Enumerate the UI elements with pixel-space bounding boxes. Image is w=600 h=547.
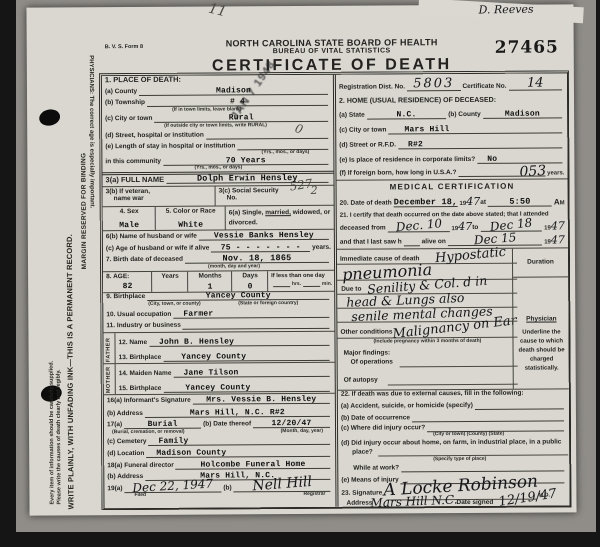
attended-from-value: Dec. 10 bbox=[395, 217, 442, 233]
home-state-value: N.C. bbox=[396, 111, 416, 119]
occupation-value: Farmer bbox=[183, 310, 213, 318]
of-autopsy-label: Of autopsy bbox=[344, 378, 378, 385]
county-label: (a) County bbox=[105, 89, 137, 96]
date-of-death-value: December 18, bbox=[394, 198, 458, 207]
sex-label: 4. Sex bbox=[120, 209, 139, 216]
overlapping-page-corner: D. Reeves bbox=[418, 0, 584, 23]
father-birthplace-value: Yancey County bbox=[181, 353, 246, 361]
signature-address-hw: Mars Hill N.C. bbox=[370, 494, 457, 510]
time-of-death: 5:50 bbox=[509, 198, 530, 207]
age-years-value: 82 bbox=[123, 283, 133, 291]
registration-dist-value: 5803 bbox=[413, 77, 454, 90]
filed-b: (b) bbox=[223, 486, 231, 493]
filed-num: 19(a) bbox=[107, 486, 122, 493]
age-hrs-label: hrs. bbox=[292, 282, 301, 287]
age-days-value: 0 bbox=[248, 283, 253, 291]
last-saw-alive-label: alive on bbox=[422, 239, 446, 246]
birthplace-value: Yancey County bbox=[206, 292, 271, 300]
certificate-form: 1. PLACE OF DEATH: (a) County Madison (b… bbox=[99, 70, 572, 510]
mother-block: MOTHER 14. Maiden Name Jane Tilson 15. B… bbox=[104, 362, 335, 394]
ampm-m: M bbox=[560, 200, 565, 206]
disposition-type-sub: (Burial, cremation, or removal) bbox=[112, 430, 185, 435]
mother-birthplace-label: 15. Birthplace bbox=[119, 386, 162, 393]
mother-maiden-label: 14. Maiden Name bbox=[119, 371, 172, 378]
date-signed-label: Date signed bbox=[456, 500, 493, 507]
registrar-sub: Registrar bbox=[303, 492, 325, 497]
place-of-death-title: 1. PLACE OF DEATH: bbox=[105, 76, 181, 84]
home-county-label: (b) County bbox=[448, 112, 481, 119]
external-c-label: (c) Where did injury occur? bbox=[341, 425, 425, 432]
margin-reserved-binding: MARGIN RESERVED FOR BINDING bbox=[80, 153, 88, 270]
father-block: FATHER 12. Name John B. Hensley 13. Birt… bbox=[103, 331, 334, 363]
left-column: 1. PLACE OF DEATH: (a) County Madison (b… bbox=[102, 75, 336, 508]
duration-box: Duration bbox=[513, 248, 568, 277]
external-a-label: (a) Accident, suicide, or homicide (spec… bbox=[341, 403, 473, 411]
informant-address-label: (b) Address bbox=[107, 411, 143, 418]
medical-certification-title: MEDICAL CERTIFICATION bbox=[390, 182, 515, 191]
pencil-mark-top: 11 bbox=[207, 1, 228, 21]
age-months-header: Months bbox=[199, 273, 222, 280]
attended-from-year: 47 bbox=[458, 221, 472, 232]
race-value: White bbox=[178, 221, 203, 229]
external-b-label: (b) Date of occurrence bbox=[341, 416, 410, 423]
community-label: in this community bbox=[105, 159, 161, 166]
sex-value: Male bbox=[119, 221, 139, 229]
informant-address-value: Mars Hill, N.C. R#2 bbox=[190, 409, 285, 418]
major-findings-label: Major findings: bbox=[344, 350, 391, 357]
serial-number: 27465 bbox=[495, 37, 559, 57]
home-county-value: Madison bbox=[505, 110, 540, 118]
home-title: 2. HOME (USUAL RESIDENCE) OF DECEASED: bbox=[339, 96, 496, 104]
marital-mid: widowed, bbox=[293, 209, 322, 216]
spouse-age-value: 75 - - - - - - - bbox=[221, 244, 301, 252]
home-city-value: Mars Hill bbox=[404, 126, 449, 134]
margin-note-1: Every item of information should be care… bbox=[49, 361, 56, 505]
stay-label: (e) Length of stay in hospital or instit… bbox=[105, 144, 235, 152]
disposition-date-label: (b) Date thereof bbox=[203, 421, 251, 428]
attended-from-label: deceased from bbox=[340, 226, 386, 233]
punch-hole-top bbox=[38, 107, 62, 127]
age-min-label: min. bbox=[322, 282, 332, 287]
corner-handwriting: D. Reeves bbox=[478, 4, 533, 16]
attended-to-year: 47 bbox=[551, 220, 565, 231]
spouse-age-suffix: years. bbox=[312, 245, 331, 252]
home-corporate-value: No bbox=[487, 155, 497, 163]
home-foreign-suffix: years. bbox=[547, 170, 564, 176]
other-conditions-label: Other conditions bbox=[340, 329, 392, 336]
date-of-death-at: at bbox=[480, 200, 486, 207]
full-name-value: Dolph Erwin Hensley bbox=[197, 174, 298, 183]
disposition-date-sub: (Month, day, year) bbox=[281, 429, 323, 434]
last-saw-year: 47 bbox=[551, 234, 565, 245]
margin-physicians-note: PHYSICIANS: The correct age is especiall… bbox=[88, 55, 95, 208]
external-causes-title: 22. If death was due to external causes,… bbox=[341, 391, 524, 399]
form-number: B. V. S. Form 8 bbox=[105, 45, 143, 51]
township-label: (b) Township bbox=[105, 100, 145, 107]
county-value: Madison bbox=[216, 87, 251, 95]
birthplace-sub2: (State or foreign country) bbox=[238, 301, 298, 306]
date-of-death-year: 47 bbox=[466, 196, 480, 207]
physician-sidebar: Duration Physician Underline the cause t… bbox=[512, 248, 569, 388]
signature-address-label: Address bbox=[346, 501, 372, 508]
duration-label: Duration bbox=[527, 259, 554, 266]
external-c-sub: (City or town) (County) (State) bbox=[433, 432, 504, 437]
date-of-death-label: 20. Date of death bbox=[340, 201, 392, 208]
registration-dist-label: Registration Dist. No. bbox=[339, 85, 405, 92]
marital-married: married, bbox=[265, 209, 291, 216]
street-label: (d) Street, hospital or institution bbox=[105, 133, 204, 140]
certificate-no-label: Certificate No. bbox=[462, 84, 506, 91]
home-corporate-label: (e) Is place of residence in corporate l… bbox=[339, 157, 475, 165]
city-value: Rural bbox=[229, 114, 254, 122]
birth-date-label: 7. Birth date of deceased bbox=[106, 257, 183, 264]
filed-sub: Filed bbox=[134, 493, 146, 498]
spouse-label: 6(b) Name of husband or wife bbox=[106, 234, 197, 241]
full-name-label: 3(a) FULL NAME bbox=[105, 176, 164, 184]
due-to-label: Due to bbox=[341, 287, 361, 294]
township-sub: (If in town limits, leave blank) bbox=[172, 107, 241, 112]
birthplace-sub1: (City, town, or county) bbox=[148, 302, 200, 307]
community-sub: (Yrs., mos., or days) bbox=[194, 165, 242, 170]
last-saw-label: and that I last saw h bbox=[340, 240, 402, 247]
city-label: (c) City or town bbox=[105, 116, 152, 123]
physician-signature-block: 23. Signature A Locke Robinson M.D. Addr… bbox=[338, 485, 569, 507]
cemetery-location-value: Madison County bbox=[156, 449, 226, 457]
other-conditions-sub: (Include pregnancy within 3 months of de… bbox=[373, 339, 481, 345]
birth-date-sub: (month, day and year) bbox=[208, 264, 260, 269]
spouse-age-label: (c) Age of husband or wife if alive bbox=[106, 246, 209, 253]
father-side-label: FATHER bbox=[105, 338, 111, 363]
margin-note-2: Please write the causes of death clearly… bbox=[56, 369, 63, 504]
stay-sub: (Yrs., mos., or days) bbox=[262, 150, 310, 155]
marital-pre: 6(a) Single, bbox=[229, 209, 264, 216]
home-street-label: (d) Street or R.F.D. bbox=[339, 143, 396, 150]
home-street-value: R#2 bbox=[408, 141, 423, 149]
home-foreign-label: (f) If foreign born, how long in U.S.A.? bbox=[339, 170, 456, 178]
bureau-name: BUREAU OF VITAL STATISTICS bbox=[207, 47, 457, 56]
city-sub: (If outside city or town limits, write R… bbox=[164, 123, 267, 129]
certificate-no-value: 14 bbox=[527, 77, 544, 90]
age-days-header: Days bbox=[242, 273, 258, 280]
father-name-value: John B. Hensley bbox=[159, 338, 234, 346]
age-label: 8. AGE: bbox=[106, 274, 149, 281]
industry-label: 11. Industry or business bbox=[106, 323, 180, 330]
informant-label: 16(a) Informant's Signature bbox=[107, 398, 191, 405]
veteran-label-2: name war bbox=[106, 195, 213, 202]
external-d-line2: place? bbox=[352, 450, 373, 457]
cemetery-label: (c) Cemetery bbox=[107, 439, 146, 446]
external-d-line1: (d) Did injury occur about home, on farm… bbox=[341, 439, 561, 447]
right-column: Registration Dist. No. 5803 Certificate … bbox=[333, 73, 570, 506]
birthplace-label: 9. Birthplace bbox=[106, 294, 145, 301]
margin-write-plainly: WRITE PLAINLY, WITH UNFADING INK—THIS IS… bbox=[65, 234, 76, 509]
birth-date-value: Nov. 18, 1865 bbox=[222, 254, 291, 263]
informant-value: Mrs. Vessie B. Hensley bbox=[206, 395, 316, 404]
home-city-label: (c) City or town bbox=[339, 128, 386, 135]
father-name-label: 12. Name bbox=[118, 340, 147, 347]
cemetery-location-label: (d) Location bbox=[107, 451, 144, 458]
age-years-header: Years bbox=[161, 274, 178, 281]
while-at-work-label: While at work? bbox=[341, 466, 399, 473]
mother-maiden-value: Jane Tilson bbox=[183, 369, 238, 377]
funeral-director-value: Holcombe Funeral Home bbox=[200, 460, 305, 469]
father-birthplace-label: 13. Birthplace bbox=[119, 355, 162, 362]
physician-title: Physician bbox=[513, 316, 569, 323]
occupation-label: 10. Usual occupation bbox=[106, 312, 171, 319]
race-label: 5. Color or Race bbox=[166, 209, 216, 216]
home-state-label: (a) State bbox=[339, 113, 365, 120]
age-months-value: 1 bbox=[208, 283, 213, 291]
cause-of-death-block: Immediate cause of death Hypostatic pneu… bbox=[337, 247, 569, 389]
age-less-label: If less than one day bbox=[271, 273, 332, 279]
marital-label: 6(a) Single, married, widowed, or divorc… bbox=[229, 208, 332, 229]
header-board: NORTH CAROLINA STATE BOARD OF HEALTH BUR… bbox=[207, 38, 457, 56]
township-value: # 4 bbox=[230, 98, 245, 106]
ssn-label-2: No. bbox=[219, 195, 332, 203]
mother-birthplace-value: Yancey County bbox=[185, 384, 250, 392]
mother-side-label: MOTHER bbox=[106, 366, 112, 393]
funeral-director-label: 18(a) Funeral director bbox=[107, 463, 174, 470]
physician-note: Underline the cause to which death shoul… bbox=[513, 328, 569, 373]
spouse-value: Vessie Banks Hensley bbox=[214, 231, 314, 240]
cemetery-value: Family bbox=[158, 437, 188, 445]
last-saw-value: Dec 15 bbox=[473, 231, 516, 246]
disposition-type: Burial bbox=[148, 420, 178, 428]
attended-to-label: to bbox=[472, 225, 478, 232]
disposition-date: 12/20/47 bbox=[272, 419, 312, 427]
of-operations-label: Of operations bbox=[351, 359, 393, 366]
certificate-paper: Every item of information should be care… bbox=[26, 4, 576, 515]
